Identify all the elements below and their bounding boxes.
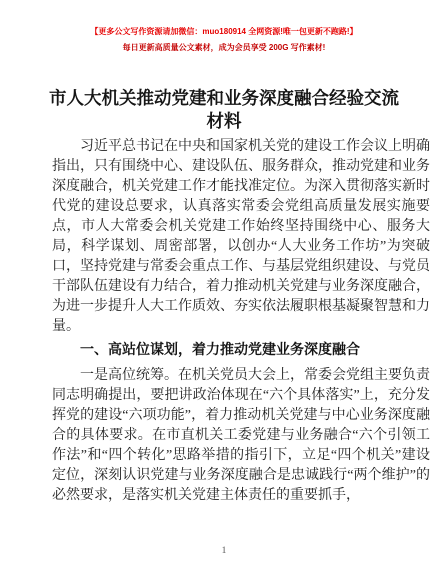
document-body: 习近平总书记在中央和国家机关党的建设工作会议上明确指出，只有围绕中心、建设队伍、… — [0, 133, 448, 506]
page-number: 1 — [0, 546, 448, 556]
promo-line-1: 【更多公文写作资源请加微信：muo180914 全网资源!唯一包更新不跑路!】 — [0, 24, 448, 40]
document-title: 市人大机关推动党建和业务深度融合经验交流材料 — [47, 87, 401, 133]
intro-paragraph: 习近平总书记在中央和国家机关党的建设工作会议上明确指出，只有围绕中心、建设队伍、… — [52, 137, 430, 337]
section-heading-1: 一、高站位谋划，着力推动党建业务深度融合 — [52, 341, 430, 361]
promo-line-2: 每日更新高质量公文素材，成为会员享受 200G 写作素材! — [0, 40, 448, 56]
body-paragraph-2: 一是高位统筹。在机关党员大会上，常委会党组主要负责同志明确提出，要把讲政治体现在… — [52, 366, 430, 506]
promo-banner: 【更多公文写作资源请加微信：muo180914 全网资源!唯一包更新不跑路!】 … — [0, 0, 448, 56]
document-page: 【更多公文写作资源请加微信：muo180914 全网资源!唯一包更新不跑路!】 … — [0, 0, 448, 580]
